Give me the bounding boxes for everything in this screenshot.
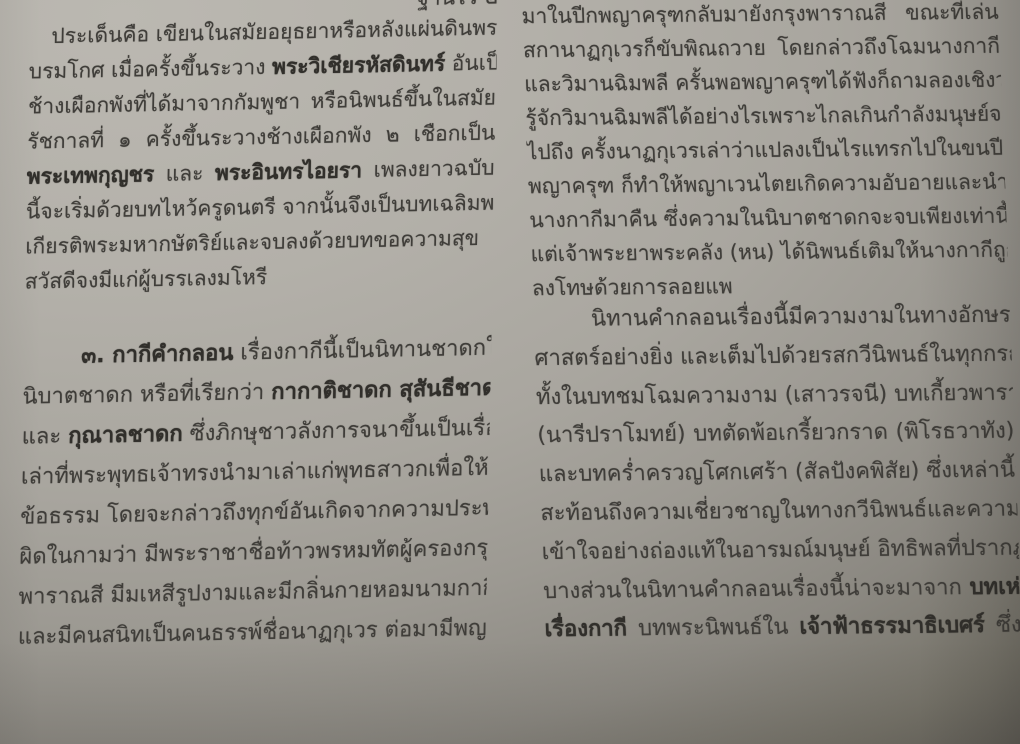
text-segment: บางส่วนในนิทานคำกลอนเรื่องนี้น่าจะมาจาก — [543, 575, 970, 604]
bold-text-segment: ๓. กากีคำกลอน — [81, 341, 234, 369]
text-segment: ทั้งในบทชมโฉมความงาม (เสาวรจนี) บทเกี้ยว… — [535, 380, 1013, 410]
bold-text-segment: กุณาลชาดก — [68, 422, 183, 449]
text-segment: รัชกาลที่ ๑ ครั้งขึ้นระวางช้างเผือกพัง ๒… — [27, 121, 495, 154]
text-segment: ศาสตร์อย่างยิ่ง และเต็มไปด้วยรสกวีนิพนธ์… — [534, 341, 1012, 371]
text-segment: ไปถึง ครั้งนาฏกุเวรเล่าว่าแปลงเป็นไรแทรก… — [526, 136, 1004, 165]
text-segment: นิบาตชาดก หรือที่เรียกว่า — [22, 380, 271, 410]
text-line: มาในปีกพญาครุฑกลับมายังกรุงพาราณสี ขณะที… — [521, 0, 999, 33]
paragraph: มาในปีกพญาครุฑกลับมายังกรุงพาราณสี ขณะที… — [521, 0, 1009, 305]
book-page-photo: ฐานไว้ ๒ประเด็นคือ เขียนในสมัยอยุธยาหรือ… — [0, 0, 1020, 744]
text-segment: เรื่องกากีนี้เป็นนิทานชาดกใน — [233, 335, 491, 365]
text-line: รู้จักวิมานฉิมพลีได้อย่างไรเพราะไกลเกินก… — [525, 97, 1003, 136]
text-segment: ช้างเผือกพังที่ได้มาจากกัมพูชา หรือนิพนธ… — [28, 86, 496, 119]
text-line: แต่เจ้าพระยาพระคลัง (หน) ได้นิพนธ์เติมให… — [530, 233, 1008, 272]
text-line: ไปถึง ครั้งนาฏกุเวรเล่าว่าแปลงเป็นไรแทรก… — [526, 131, 1004, 170]
text-segment: ผิดในกามว่า มีพระราชาชื่อท้าวพรหมทัตผู้ค… — [19, 536, 488, 570]
bold-text-segment: กากาติชาดก สุสันธีชาดก — [271, 375, 491, 405]
text-line: เข้าใจอย่างถ่องแท้ในอารมณ์มนุษย์ อิทธิพล… — [541, 529, 1019, 572]
text-line: สกานาฏกุเวรก็ขับพิณถวาย โดยกล่าวถึงโฉมนา… — [522, 29, 1000, 68]
bold-text-segment: เรื่องกากี — [544, 617, 627, 643]
text-segment: ประเด็นคือ เขียนในสมัยอยุธยาหรือหลังแผ่น… — [51, 15, 497, 48]
text-line: สะท้อนถึงความเชี่ยวชาญในทางกวีนิพนธ์และค… — [540, 491, 1018, 534]
paragraph: นิทานคำกลอนเรื่องนี้มีความงามในทางอักษร-… — [532, 297, 1020, 651]
text-line: และมีคนสนิทเป็นคนธรรพ์ชื่อนาฏกุเวร ต่อมา… — [17, 609, 486, 658]
text-line: นิทานคำกลอนเรื่องนี้มีความงามในทางอักษร- — [532, 297, 1010, 340]
text-segment: และ — [154, 161, 215, 186]
bold-text-segment: พระอินทรไอยรา — [215, 158, 362, 185]
text-line: ทั้งในบทชมโฉมความงาม (เสาวรจนี) บทเกี้ยว… — [535, 374, 1013, 417]
bold-text-segment: พระวิเชียรหัสดินทร์ — [272, 52, 445, 79]
text-segment: เข้าใจอย่างถ่องแท้ในอารมณ์มนุษย์ อิทธิพล… — [541, 535, 1019, 565]
bold-text-segment: พระเทพกุญชร — [27, 162, 155, 188]
text-segment: และมีคนสนิทเป็นคนธรรพ์ชื่อนาฏกุเวร ต่อมา… — [18, 616, 487, 650]
text-line: ศาสตร์อย่างยิ่ง และเต็มไปด้วยรสกวีนิพนธ์… — [534, 335, 1012, 378]
page-text: ฐานไว้ ๒ประเด็นคือ เขียนในสมัยอยุธยาหรือ… — [0, 0, 1020, 744]
text-segment: อันเป็น — [445, 50, 497, 75]
text-segment: ซึ่ง — [984, 613, 1020, 638]
text-segment: มาในปีกพญาครุฑกลับมายังกรุงพาราณสี ขณะที… — [521, 0, 999, 28]
text-segment: พาราณสี มีมเหสีรูปงามและมีกลิ่นกายหอมนาม… — [18, 576, 487, 610]
text-segment: ฐานไว้ ๒ — [417, 0, 498, 11]
text-segment: สวัสดีจงมีแก่ผู้บรรเลงมโหรี — [24, 265, 267, 294]
text-segment: และวิมานฉิมพลี ครั้นพอพญาครุฑได้ฟังก็ถาม… — [524, 68, 1002, 97]
text-column-left: ฐานไว้ ๒ประเด็นคือ เขียนในสมัยอยุธยาหรือ… — [17, 0, 497, 658]
paragraph: ฐานไว้ ๒ประเด็นคือ เขียนในสมัยอยุธยาหรือ… — [24, 0, 498, 300]
text-segment: พญาครุฑ ก็ทำให้พญาเวนไตยเกิดความอับอายแล… — [528, 170, 1006, 199]
text-segment: สกานาฏกุเวรก็ขับพิณถวาย โดยกล่าวถึงโฉมนา… — [522, 34, 1000, 63]
text-line: นางกากีมาคืน ซึ่งความในนิบาตชาดกจะจบเพีย… — [529, 199, 1007, 238]
text-line: และวิมานฉิมพลี ครั้นพอพญาครุฑได้ฟังก็ถาม… — [524, 63, 1002, 102]
text-segment: บทพระนิพนธ์ใน — [627, 615, 801, 642]
text-segment: (นารีปราโมทย์) บทตัดพ้อเกรี้ยวกราด (พิโร… — [537, 419, 1015, 449]
text-line: พญาครุฑ ก็ทำให้พญาเวนไตยเกิดความอับอายแล… — [527, 165, 1005, 204]
text-segment: เล่าที่พระพุทธเจ้าทรงนำมาเล่าแก่พุทธสาวก… — [21, 455, 490, 490]
text-segment: นี้จะเริ่มด้วยบทไหว้ครูดนตรี จากนั้นจึงเ… — [26, 190, 494, 223]
text-line: และบทคร่ำครวญโศกเศร้า (สัลปังคพิสัย) ซึ่… — [538, 452, 1016, 495]
text-segment: เพลงยาวฉบับ — [362, 156, 495, 183]
text-segment: สะท้อนถึงความเชี่ยวชาญในทางกวีนิพนธ์และค… — [540, 497, 1018, 527]
text-segment: แต่เจ้าพระยาพระคลัง (หน) ได้นิพนธ์เติมให… — [530, 238, 1008, 267]
text-column-right: มาในปีกพญาครุฑกลับมายังกรุงพาราณสี ขณะที… — [521, 0, 1020, 650]
text-line: บางส่วนในนิทานคำกลอนเรื่องนี้น่าจะมาจาก … — [543, 568, 1020, 611]
text-line: (นารีปราโมทย์) บทตัดพ้อเกรี้ยวกราด (พิโร… — [537, 413, 1015, 456]
text-segment: ลงโทษด้วยการลอยแพ — [531, 274, 733, 300]
text-segment: และบทคร่ำครวญโศกเศร้า (สัลปังคพิสัย) ซึ่… — [538, 458, 1016, 488]
text-segment: นิทานคำกลอนเรื่องนี้มีความงามในทางอักษร- — [591, 303, 1011, 332]
text-segment: รู้จักวิมานฉิมพลีได้อย่างไรเพราะไกลเกินก… — [525, 102, 1003, 131]
text-segment: นางกากีมาคืน ซึ่งความในนิบาตชาดกจะจบเพีย… — [529, 204, 1007, 233]
text-line: เรื่องกากี บทพระนิพนธ์ใน เจ้าฟ้าธรรมาธิเ… — [544, 607, 1020, 650]
text-segment: บรมโกศ เมื่อครั้งขึ้นระวาง — [29, 55, 273, 84]
bold-text-segment: บทเห่ — [969, 574, 1020, 599]
text-segment: ซึ่งภิกษุชาวลังการจนาขึ้นเป็นเรื่อง — [182, 415, 490, 446]
paragraph: ๓. กากีคำกลอน เรื่องกากีนี้เป็นนิทานชาดก… — [17, 329, 491, 658]
text-segment: และ — [21, 424, 68, 450]
bold-text-segment: เจ้าฟ้าธรรมาธิเบศร์ — [799, 613, 985, 640]
text-segment: เกียรติพระมหากษัตริย์และจบลงด้วยบทขอความ… — [25, 226, 479, 259]
text-segment: ข้อธรรม โดยจะกล่าวถึงทุกข์อันเกิดจากความ… — [20, 495, 489, 530]
